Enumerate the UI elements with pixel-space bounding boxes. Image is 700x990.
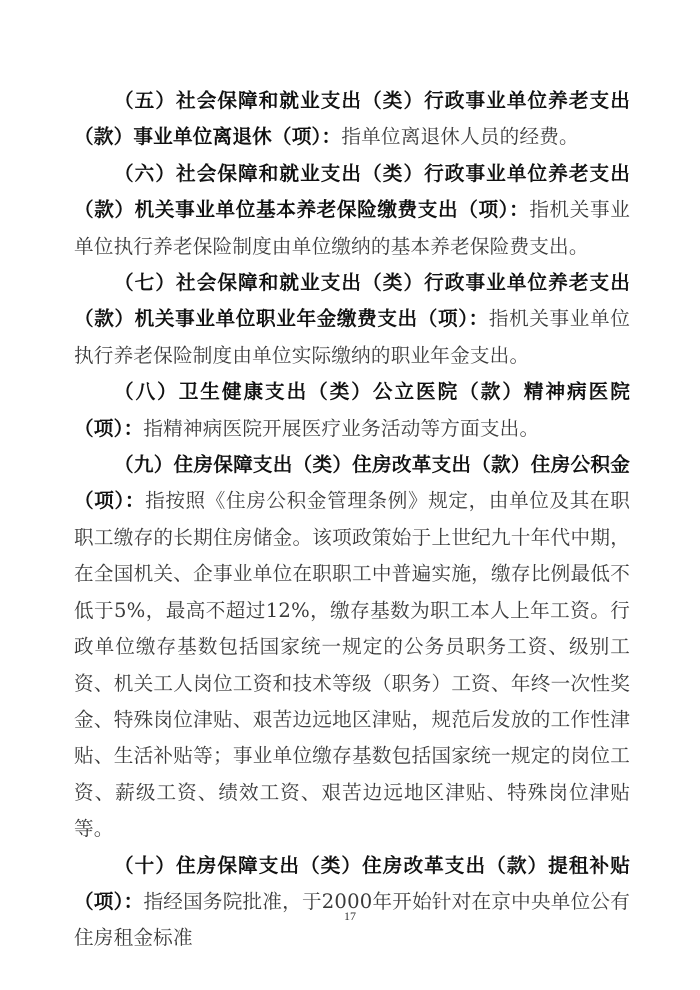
paragraph-item-7: （七）社会保障和就业支出（类）行政事业单位养老支出（款）机关事业单位职业年金缴费…: [74, 265, 630, 374]
paragraph-item-9: （九）住房保障支出（类）住房改革支出（款）住房公积金（项）：指按照《住房公积金管…: [74, 447, 630, 847]
page-number: 17: [0, 909, 700, 924]
paragraph-body: 指精神病医院开展医疗业务活动等方面支出。: [143, 417, 539, 440]
paragraph-body: 指按照《住房公积金管理条例》规定，由单位及其在职职工缴存的长期住房储金。该项政策…: [74, 489, 630, 840]
paragraph-item-10: （十）住房保障支出（类）住房改革支出（款）提租补贴（项）：指经国务院批准，于20…: [74, 848, 630, 957]
paragraph-item-8: （八）卫生健康支出（类）公立医院（款）精神病医院（项）：指精神病医院开展医疗业务…: [74, 374, 630, 447]
paragraph-item-6: （六）社会保障和就业支出（类）行政事业单位养老支出（款）机关事业单位基本养老保险…: [74, 156, 630, 265]
document-page: （五）社会保障和就业支出（类）行政事业单位养老支出（款）事业单位离退休（项）：指…: [74, 83, 630, 957]
paragraph-body: 指单位离退休人员的经费。: [341, 125, 579, 148]
paragraph-item-5: （五）社会保障和就业支出（类）行政事业单位养老支出（款）事业单位离退休（项）：指…: [74, 83, 630, 156]
